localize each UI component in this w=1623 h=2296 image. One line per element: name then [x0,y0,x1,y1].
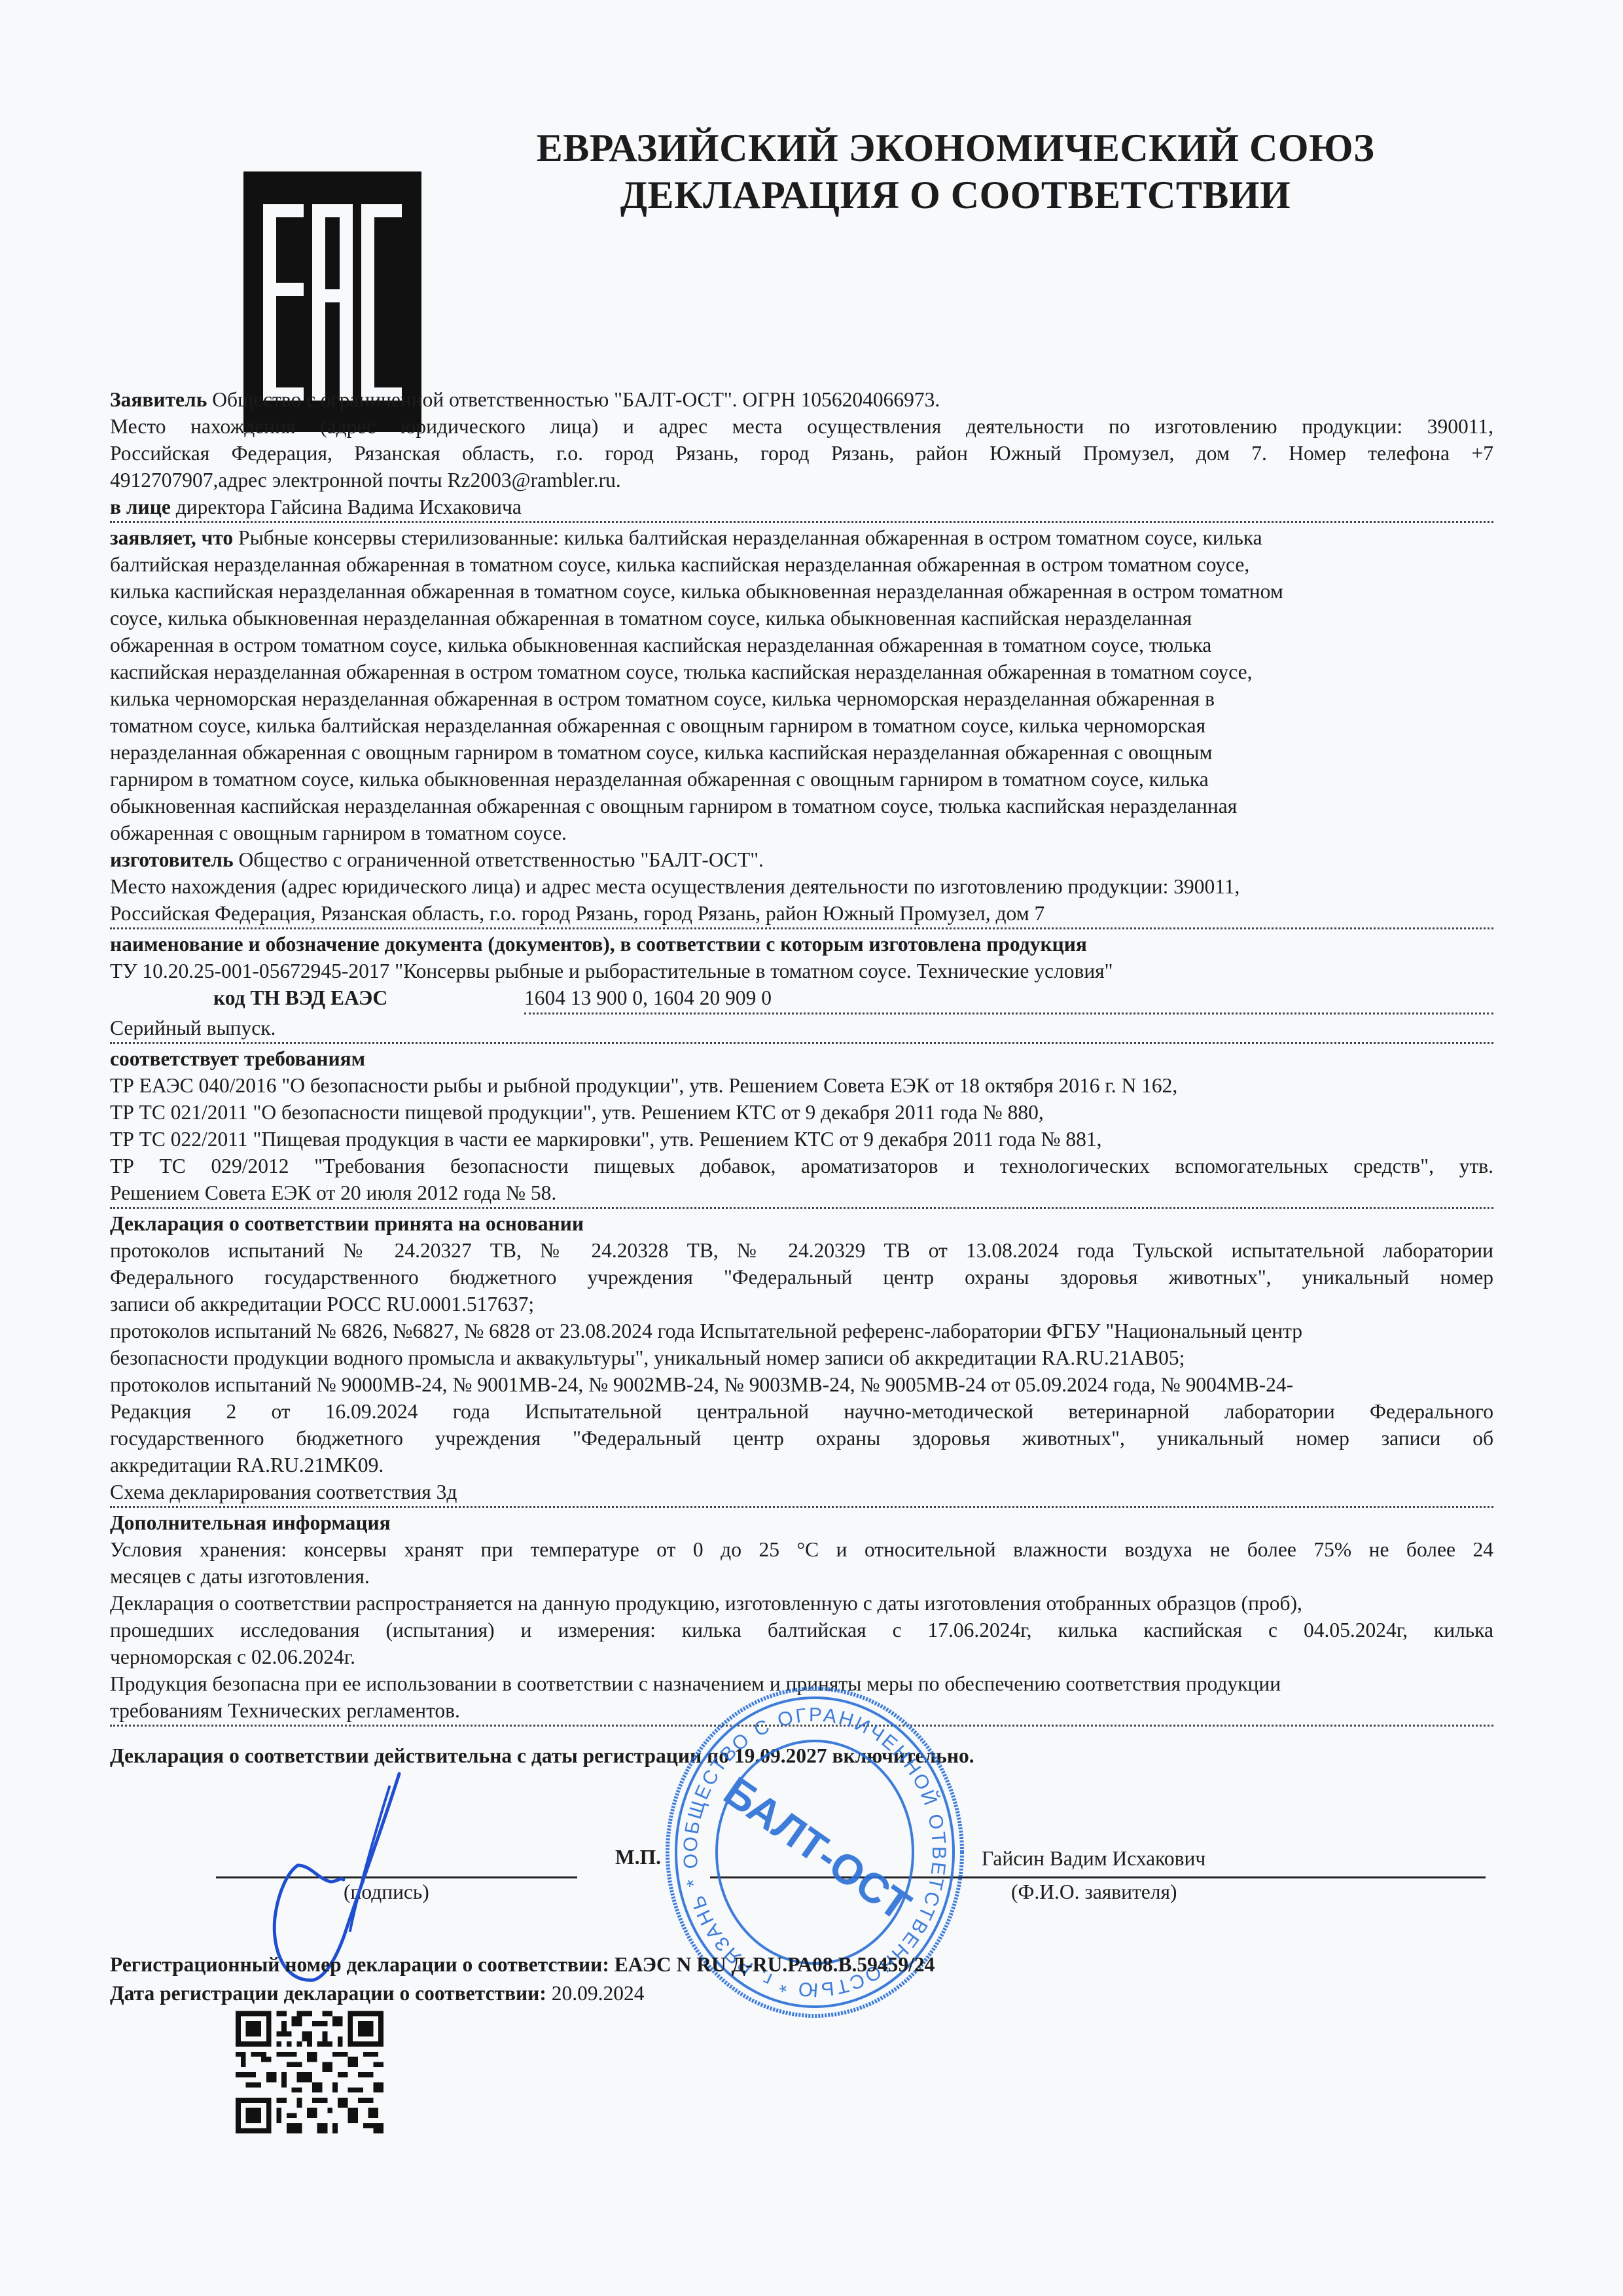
product-line: балтийская неразделанная обжаренная в то… [110,551,1493,578]
product-line: обжаренная в остром томатном соусе, киль… [110,632,1493,658]
applicant-address-line: Российская Федерация, Рязанская область,… [110,440,1493,467]
dotted-separator [110,1207,1493,1209]
seal-label: М.П. [615,1846,661,1869]
product-line: обыкновенная каспийская неразделанная об… [110,793,1493,819]
dotted-separator [110,521,1493,523]
manufacturer-name: Общество с ограниченной ответственностью… [239,848,764,871]
dotted-separator [110,1725,1493,1727]
registration-date-label: Дата регистрации декларации о соответств… [110,1982,546,2005]
additional-info-section: Дополнительная информация Условия хранен… [110,1509,1493,1727]
additional-info-line: Декларация о соответствии распространяет… [110,1590,1493,1617]
additional-info-label: Дополнительная информация [110,1509,1493,1536]
basis-label: Декларация о соответствии принята на осн… [110,1210,1493,1237]
basis-section: Декларация о соответствии принята на осн… [110,1210,1493,1508]
signer-name-line [710,1876,1486,1878]
product-line: гарниром в томатном соусе, килька обыкно… [110,766,1493,793]
basis-line: протоколов испытаний № 6826, №6827, № 68… [110,1318,1493,1344]
basis-line: безопасности продукции водного промысла … [110,1344,1493,1371]
dotted-separator [110,1506,1493,1508]
signature-caption: (подпись) [344,1880,429,1904]
product-line: томатном соусе, килька балтийская неразд… [110,712,1493,739]
applicant-label: Заявитель [110,388,207,411]
hs-code-label: код ТН ВЭД ЕАЭС [213,984,524,1011]
release-type: Серийный выпуск. [110,1014,1493,1041]
declaration-page: ЕВРАЗИЙСКИЙ ЭКОНОМИЧЕСКИЙ СОЮЗ ДЕКЛАРАЦИ… [0,0,1623,2296]
additional-info-line: месяцев с даты изготовления. [110,1563,1493,1590]
additional-info-line: черноморская с 02.06.2024г. [110,1643,1493,1670]
signature-line [216,1876,577,1878]
applicant-address-line: 4912707907,адрес электронной почты Rz200… [110,467,1493,493]
basis-line: записи об аккредитации РОСС RU.0001.5176… [110,1291,1493,1318]
product-line: Рыбные консервы стерилизованные: килька … [238,526,1262,549]
requirements-label: соответствует требованиям [110,1045,1493,1072]
basis-line: Федерального государственного бюджетного… [110,1264,1493,1291]
regulation-line: ТР ТС 029/2012 "Требования безопасности … [110,1153,1493,1179]
manufacturer-address-line: Российская Федерация, Рязанская область,… [110,900,1493,927]
basis-line: аккредитации RA.RU.21MK09. [110,1452,1493,1479]
product-line: килька черноморская неразделанная обжаре… [110,685,1493,712]
title-declaration: ДЕКЛАРАЦИЯ О СООТВЕТСТВИИ [393,171,1518,219]
product-line: обжаренная с овощным гарниром в томатном… [110,819,1493,846]
title-union: ЕВРАЗИЙСКИЙ ЭКОНОМИЧЕСКИЙ СОЮЗ [393,124,1518,171]
signer-name: Гайсин Вадим Исхакович [982,1847,1205,1871]
standard-doc-value: ТУ 10.20.25-001-05672945-2017 "Консервы … [110,958,1493,984]
product-line: килька каспийская неразделанная обжаренн… [110,578,1493,605]
additional-info-line: Продукция безопасна при ее использовании… [110,1670,1493,1697]
applicant-address-line: Место нахождения (адрес юридического лиц… [110,413,1493,440]
declares-section: заявляет, что Рыбные консервы стерилизов… [110,524,1493,846]
represented-label: в лице [110,495,171,518]
regulation-line: ТР ТС 021/2011 "О безопасности пищевой п… [110,1099,1493,1126]
qr-code-icon [236,2011,383,2134]
dotted-separator [110,1042,1493,1044]
stamp-center-text: БАЛТ-ОСТ [715,1767,919,1929]
signer-caption: (Ф.И.О. заявителя) [1011,1880,1177,1904]
basis-line: государственного бюджетного учреждения "… [110,1425,1493,1452]
validity-statement: Декларация о соответствии действительна … [110,1744,974,1768]
declaration-body: Заявитель Общество с ограниченной ответс… [110,386,1493,1728]
manufacturer-label: изготовитель [110,848,234,871]
dotted-separator [110,927,1493,929]
basis-line: Редакция 2 от 16.09.2024 года Испытатель… [110,1398,1493,1425]
additional-info-line: Условия хранения: консервы хранят при те… [110,1536,1493,1563]
product-line: неразделанная обжаренная с овощным гарни… [110,739,1493,766]
registration-date-value: 20.09.2024 [552,1982,645,2005]
basis-line: протоколов испытаний № 9000MB-24, № 9001… [110,1371,1493,1398]
regulation-line: ТР ЕАЭС 040/2016 "О безопасности рыбы и … [110,1072,1493,1099]
manufacturer-section: изготовитель Общество с ограниченной отв… [110,846,1493,929]
product-line: соусе, килька обыкновенная неразделанная… [110,605,1493,632]
basis-line: протоколов испытаний № 24.20327 ТВ, № 24… [110,1237,1493,1264]
registration-number-label: Регистрационный номер декларации о соотв… [110,1953,609,1976]
requirements-section: соответствует требованиям ТР ЕАЭС 040/20… [110,1045,1493,1209]
regulation-line: Решением Совета ЕЭК от 20 июля 2012 года… [110,1179,1493,1206]
standard-doc-section: наименование и обозначение документа (до… [110,931,1493,1044]
hs-code-row: код ТН ВЭД ЕАЭС 1604 13 900 0, 1604 20 9… [110,984,1493,1014]
additional-info-line: прошедших исследования (испытания) и изм… [110,1617,1493,1643]
hs-code-value: 1604 13 900 0, 1604 20 909 0 [524,984,1493,1014]
product-line: каспийская неразделанная обжаренная в ос… [110,658,1493,685]
document-title: ЕВРАЗИЙСКИЙ ЭКОНОМИЧЕСКИЙ СОЮЗ ДЕКЛАРАЦИ… [393,124,1518,219]
registration-block: Регистрационный номер декларации о соотв… [110,1950,935,2008]
applicant-section: Заявитель Общество с ограниченной ответс… [110,386,1493,523]
declares-label: заявляет, что [110,526,233,549]
declaration-scheme: Схема декларирования соответствия 3д [110,1479,1493,1505]
registration-number-value: ЕАЭС N RU Д-RU.РА08.В.59459/24 [615,1953,935,1976]
applicant-name: Общество с ограниченной ответственностью… [212,388,940,411]
represented-by: директора Гайсина Вадима Исхаковича [176,495,522,518]
regulation-line: ТР ТС 022/2011 "Пищевая продукция в част… [110,1126,1493,1153]
additional-info-line: требованиям Технических регламентов. [110,1697,1493,1724]
standard-doc-label: наименование и обозначение документа (до… [110,931,1493,958]
manufacturer-address-line: Место нахождения (адрес юридического лиц… [110,873,1493,900]
